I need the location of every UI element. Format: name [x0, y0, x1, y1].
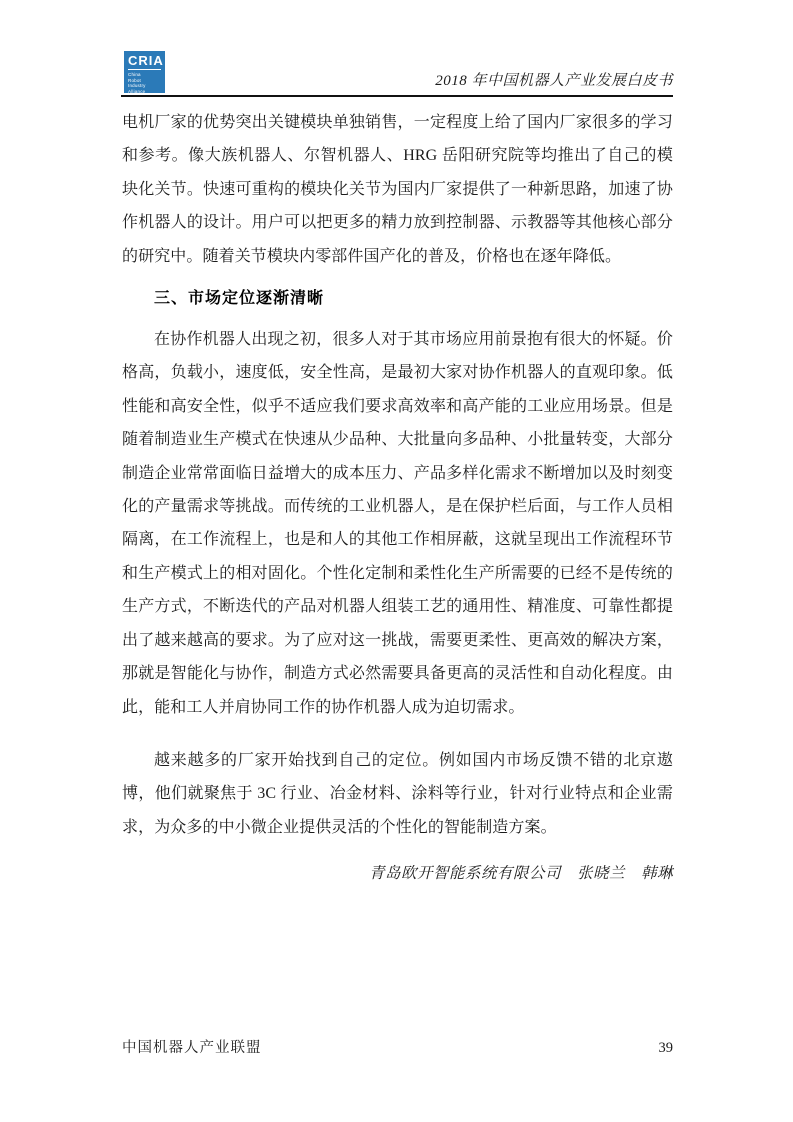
cria-logo-org-line: Alliance	[128, 89, 165, 94]
page-body: 电机厂家的优势突出关键模块单独销售，一定程度上给了国内厂家很多的学习和参考。像大…	[122, 106, 673, 890]
cria-logo-org-name: China Robot Industry Alliance	[124, 70, 165, 93]
footer-organization: 中国机器人产业联盟	[122, 1036, 262, 1057]
body-paragraph: 在协作机器人出现之初，很多人对于其市场应用前景抱有很大的怀疑。价格高，负载小，速…	[122, 323, 673, 724]
document-title: 2018 年中国机器人产业发展白皮书	[435, 69, 673, 90]
section-heading: 三、市场定位逐渐清晰	[122, 282, 673, 315]
body-paragraph: 电机厂家的优势突出关键模块单独销售，一定程度上给了国内厂家很多的学习和参考。像大…	[122, 106, 673, 273]
body-paragraph: 越来越多的厂家开始找到自己的定位。例如国内市场反馈不错的北京遨博，他们就聚焦于 …	[122, 744, 673, 844]
page-footer: 中国机器人产业联盟 39	[122, 1036, 673, 1057]
attribution-line: 青岛欧开智能系统有限公司 张晓兰 韩琳	[122, 857, 673, 890]
page-number: 39	[659, 1040, 674, 1057]
page-header: CRIA China Robot Industry Alliance 2018 …	[121, 50, 673, 97]
document-page: CRIA China Robot Industry Alliance 2018 …	[0, 0, 793, 1122]
cria-logo-acronym: CRIA	[128, 53, 161, 70]
cria-logo: CRIA China Robot Industry Alliance	[124, 51, 165, 93]
